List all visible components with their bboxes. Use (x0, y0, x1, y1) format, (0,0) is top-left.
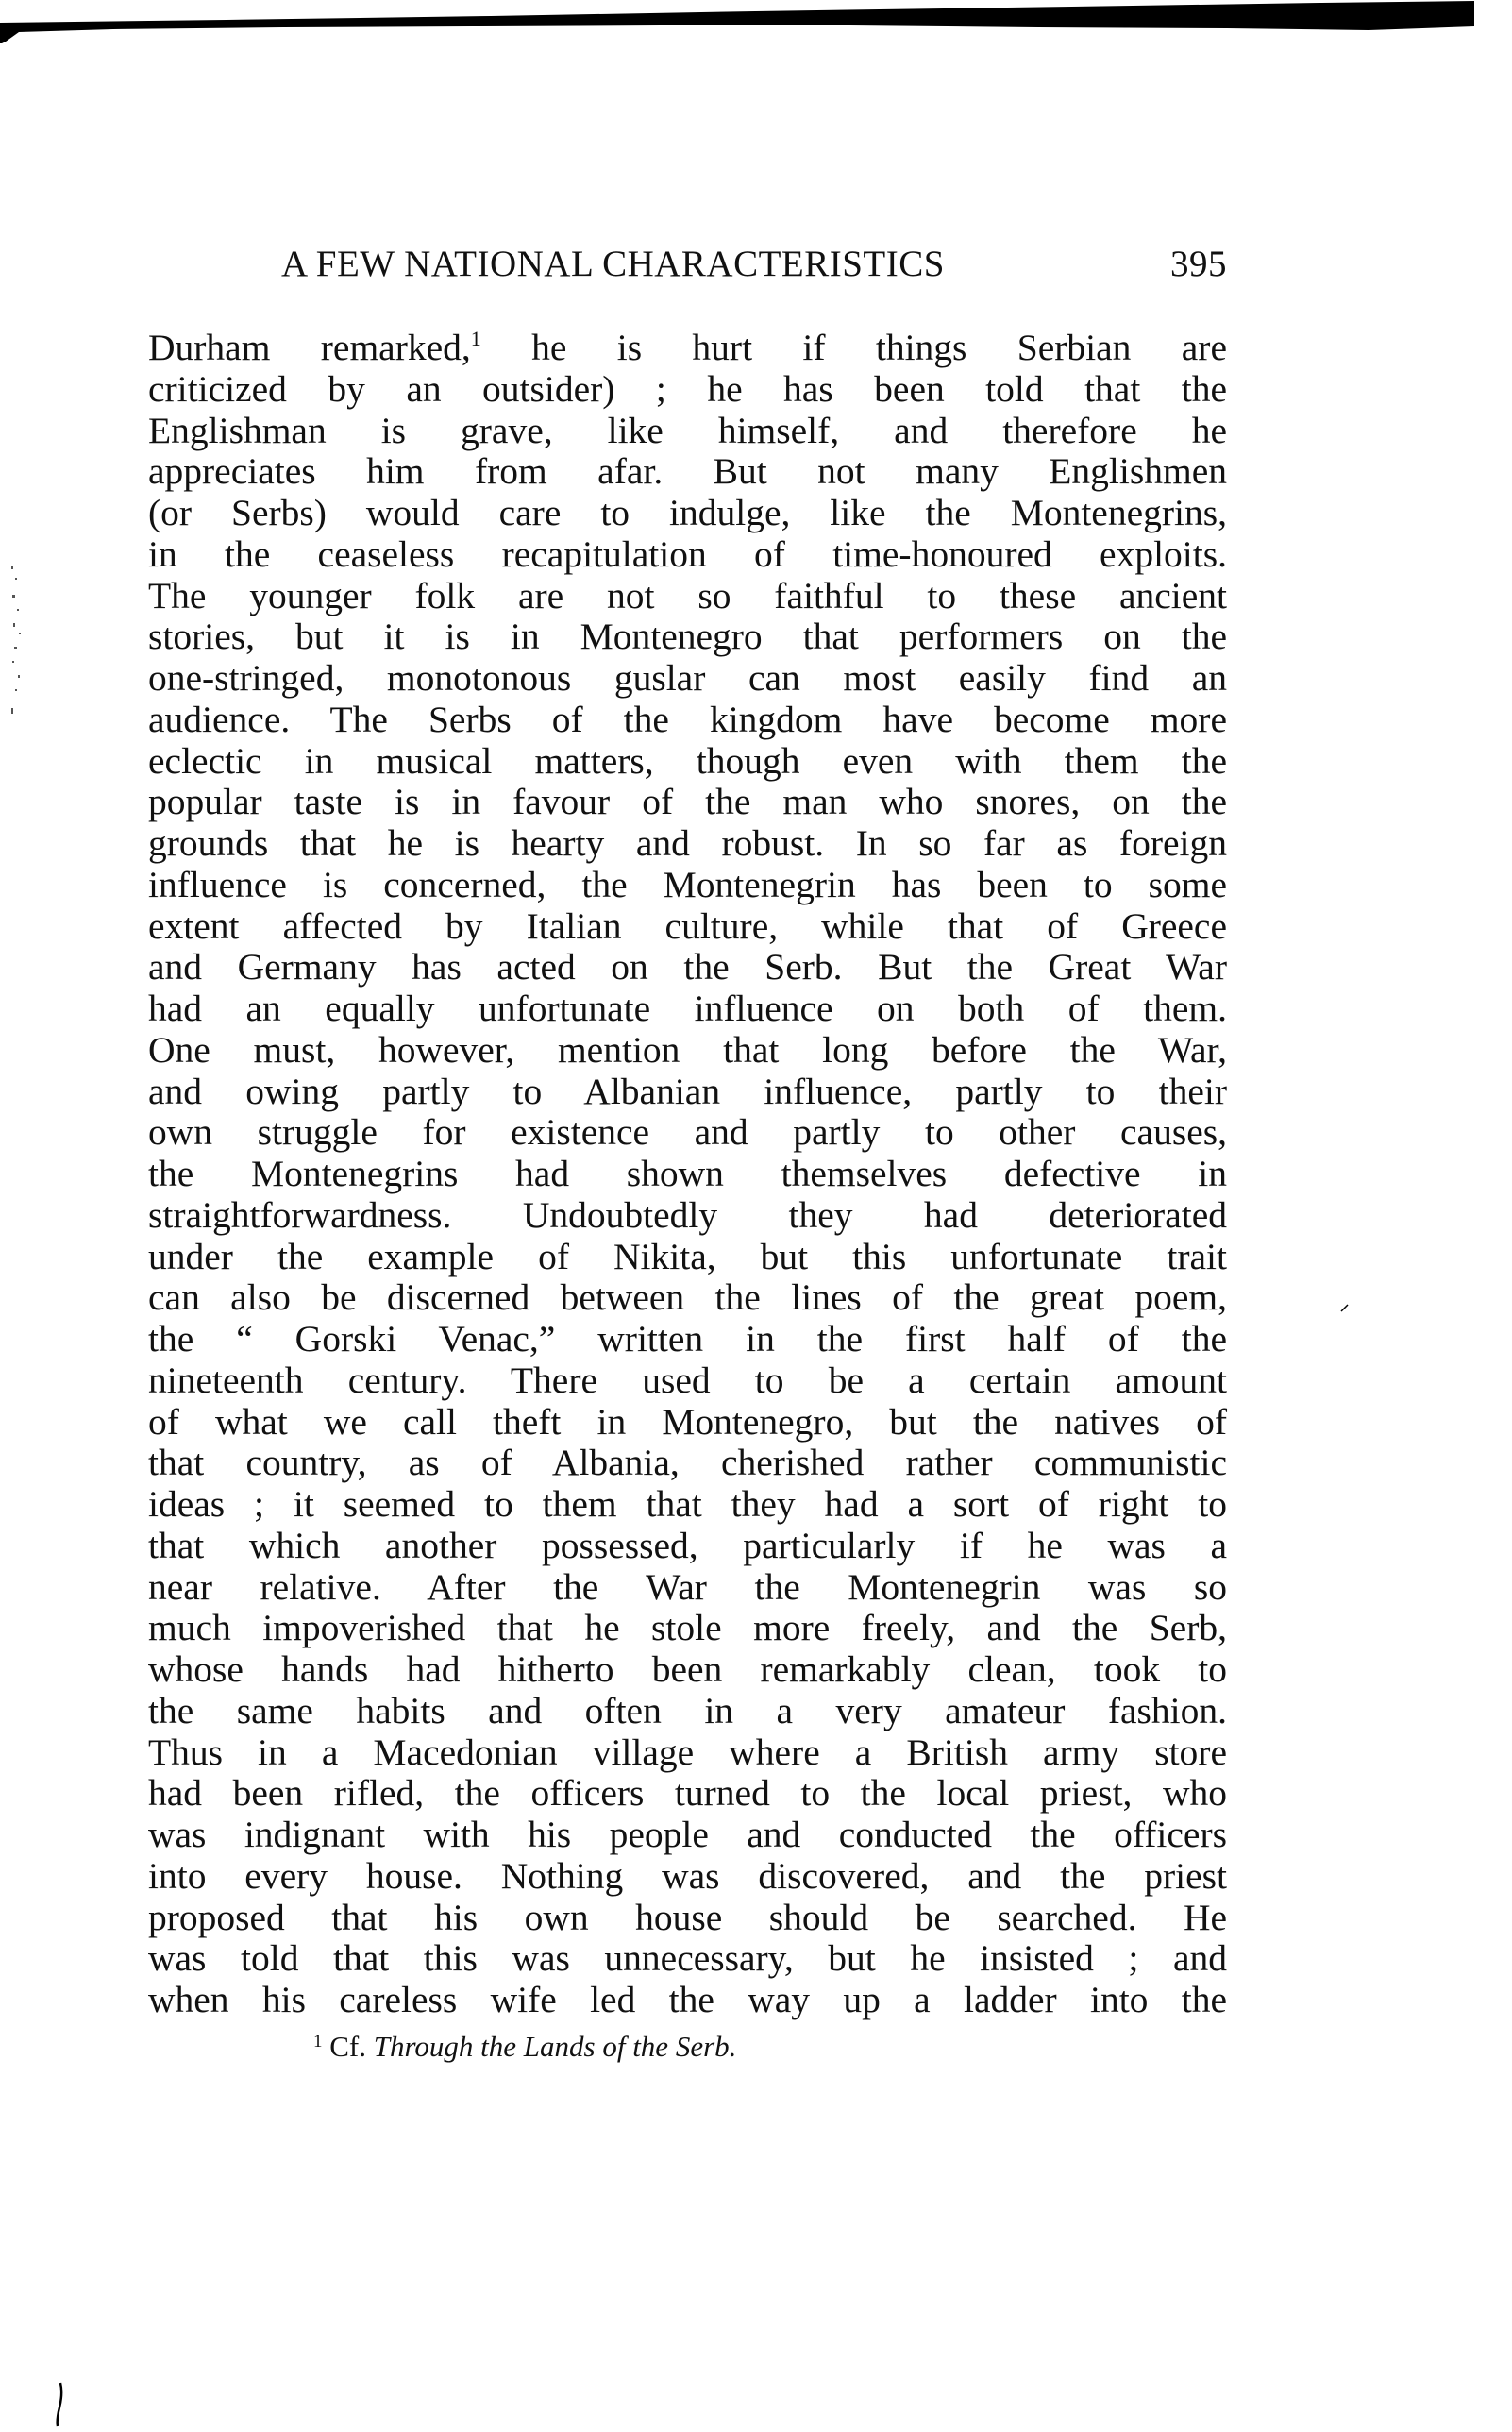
footnote-reference: 1 (471, 327, 481, 350)
text-line: the Montenegrins had shown themselves de… (148, 1154, 1227, 1195)
footnote: 1 Cf. Through the Lands of the Serb. (313, 2030, 736, 2064)
text-line: was told that this was unnecessary, but … (148, 1938, 1227, 1980)
page-number: 395 (1170, 244, 1227, 285)
text-line: when his careless wife led the way up a … (148, 1980, 1227, 2021)
pencil-mark (53, 2381, 66, 2428)
text-line: much impoverished that he stole more fre… (148, 1608, 1227, 1649)
text-line: eclectic in musical matters, though even… (148, 741, 1227, 783)
text-line: Thus in a Macedonian village where a Bri… (148, 1732, 1227, 1774)
text-line: ideas ; it seemed to them that they had … (148, 1484, 1227, 1526)
footnote-prefix: Cf. (323, 2030, 374, 2063)
text-line: The younger folk are not so faithful to … (148, 576, 1227, 617)
text-line: that which another possessed, particular… (148, 1526, 1227, 1567)
text-line: Durham remarked,1 he is hurt if things S… (148, 328, 1227, 369)
text-line: the “ Gorski Venac,” written in the firs… (148, 1319, 1227, 1360)
text-line: criticized by an outsider) ; he has been… (148, 369, 1227, 411)
text-line: audience. The Serbs of the kingdom have … (148, 700, 1227, 741)
footnote-marker: 1 (313, 2032, 323, 2052)
text-line: one-stringed, monotonous guslar can most… (148, 658, 1227, 700)
text-line: that country, as of Albania, cherished r… (148, 1443, 1227, 1484)
text-line: popular taste is in favour of the man wh… (148, 782, 1227, 823)
text-line: near relative. After the War the Montene… (148, 1567, 1227, 1609)
text-line: and Germany has acted on the Serb. But t… (148, 947, 1227, 988)
text-line: of what we call theft in Montenegro, but… (148, 1402, 1227, 1444)
text-line: proposed that his own house should be se… (148, 1898, 1227, 1939)
margin-tick (1340, 1303, 1350, 1312)
text-line: Englishman is grave, like himself, and t… (148, 411, 1227, 452)
text-line: stories, but it is in Montenegro that pe… (148, 616, 1227, 658)
text-line: had been rifled, the officers turned to … (148, 1773, 1227, 1815)
text-line: influence is concerned, the Montenegrin … (148, 865, 1227, 906)
text-line: whose hands had hitherto been remarkably… (148, 1649, 1227, 1691)
text-line: can also be discerned between the lines … (148, 1277, 1227, 1319)
text-line: and owing partly to Albanian influence, … (148, 1072, 1227, 1113)
text-line: (or Serbs) would care to indulge, like t… (148, 493, 1227, 534)
text-line: had an equally unfortunate influence on … (148, 988, 1227, 1030)
text-line: into every house. Nothing was discovered… (148, 1856, 1227, 1898)
text-line: the same habits and often in a very amat… (148, 1691, 1227, 1732)
running-head: A FEW NATIONAL CHARACTERISTICS 395 (281, 244, 1227, 285)
text-line: grounds that he is hearty and robust. In… (148, 823, 1227, 865)
text-line: was indignant with his people and conduc… (148, 1815, 1227, 1856)
running-head-title: A FEW NATIONAL CHARACTERISTICS (281, 244, 945, 285)
margin-speckle (8, 557, 36, 746)
body-text: Durham remarked,1 he is hurt if things S… (148, 328, 1227, 2021)
text-line: under the example of Nikita, but this un… (148, 1237, 1227, 1278)
text-line: appreciates him from afar. But not many … (148, 451, 1227, 493)
scan-edge-shadow (0, 0, 1512, 57)
text-line: own struggle for existence and partly to… (148, 1112, 1227, 1154)
text-line: extent affected by Italian culture, whil… (148, 906, 1227, 948)
text-line: nineteenth century. There used to be a c… (148, 1360, 1227, 1402)
text-line: straightforwardness. Undoubtedly they ha… (148, 1195, 1227, 1237)
text-line: in the ceaseless recapitulation of time-… (148, 534, 1227, 576)
footnote-book-title: Through the Lands of the Serb. (374, 2030, 737, 2063)
text-line: One must, however, mention that long bef… (148, 1030, 1227, 1072)
